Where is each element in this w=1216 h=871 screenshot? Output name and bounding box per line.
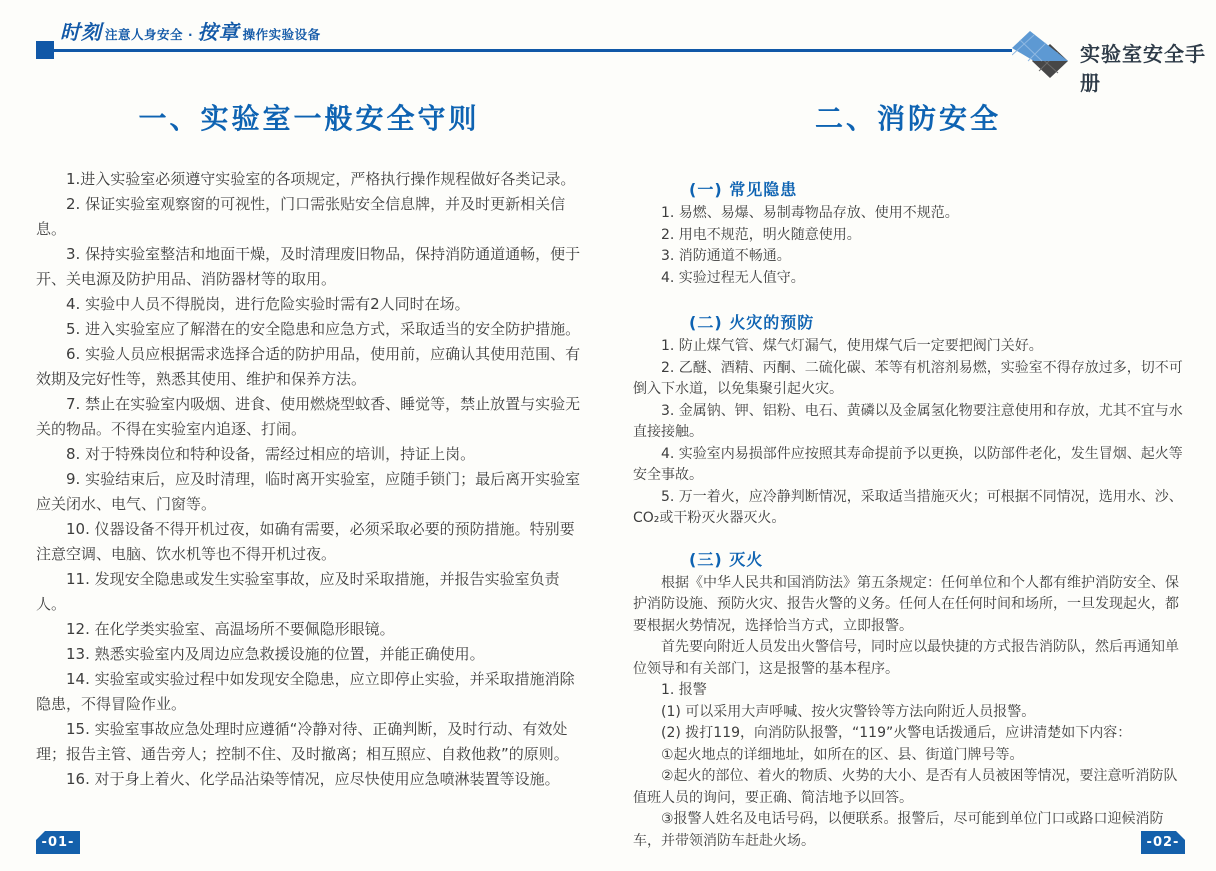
slogan-emphasis-2: 按章 bbox=[198, 16, 240, 45]
rule-item: 5. 进入实验室应了解潜在的安全隐患和应急方式，采取适当的安全防护措施。 bbox=[36, 317, 582, 342]
right-page: 二、消防安全 (一) 常见隐患 1. 易燃、易爆、易制毒物品存放、使用不规范。 … bbox=[633, 88, 1183, 852]
extinguishing-paragraph: (1) 可以采用大声呼喊、按火灾警铃等方法向附近人员报警。 bbox=[633, 702, 1183, 724]
rule-item: 8. 对于特殊岗位和特种设备，需经过相应的培训，持证上岗。 bbox=[36, 442, 582, 467]
rule-item: 10. 仪器设备不得开机过夜，如确有需要，必须采取必要的预防措施。特别要注意空调… bbox=[36, 517, 582, 567]
hazard-item: 3. 消防通道不畅通。 bbox=[633, 246, 1183, 268]
hazard-item: 1. 易燃、易爆、易制毒物品存放、使用不规范。 bbox=[633, 203, 1183, 225]
page-number-right: -02- bbox=[1141, 831, 1185, 854]
rule-item: 3. 保持实验室整洁和地面干燥，及时清理废旧物品，保持消防通道通畅，便于开、关电… bbox=[36, 242, 582, 292]
rule-item: 16. 对于身上着火、化学品沾染等情况，应尽快使用应急喷淋装置等设施。 bbox=[36, 767, 582, 792]
left-page-title: 一、实验室一般安全守则 bbox=[36, 97, 582, 137]
extinguishing-paragraph: (2) 拨打119，向消防队报警，“119”火警电话拨通后，应讲清楚如下内容： bbox=[633, 723, 1183, 745]
header-accent-square bbox=[36, 41, 54, 59]
diamond-ribbon-icon bbox=[1012, 28, 1080, 82]
slogan-text-1: 注意人身安全 bbox=[105, 25, 183, 43]
manual-spread: 时刻 注意人身安全 · 按章 操作实验设备 实验室安全手册 一、实验室一般安全守… bbox=[0, 0, 1216, 871]
prevention-item: 2. 乙醚、酒精、丙酮、二硫化碳、苯等有机溶剂易燃，实验室不得存放过多，切不可倒… bbox=[633, 358, 1183, 401]
prevention-item: 5. 万一着火，应冷静判断情况，采取适当措施灭火；可根据不同情况，选用水、沙、C… bbox=[633, 487, 1183, 530]
rule-item: 13. 熟悉实验室内及周边应急救援设施的位置，并能正确使用。 bbox=[36, 642, 582, 667]
rule-item: 9. 实验结束后，应及时清理，临时离开实验室，应随手锁门；最后离开实验室应关闭水… bbox=[36, 467, 582, 517]
rule-item: 12. 在化学类实验室、高温场所不要佩隐形眼镜。 bbox=[36, 617, 582, 642]
rule-item: 7. 禁止在实验室内吸烟、进食、使用燃烧型蚊香、睡觉等，禁止放置与实验无关的物品… bbox=[36, 392, 582, 442]
rule-item: 6. 实验人员应根据需求选择合适的防护用品，使用前，应确认其使用范围、有效期及完… bbox=[36, 342, 582, 392]
prevention-item: 4. 实验室内易损部件应按照其寿命提前予以更换，以防部件老化，发生冒烟、起火等安… bbox=[633, 444, 1183, 487]
slogan-emphasis-1: 时刻 bbox=[60, 16, 102, 45]
extinguishing-paragraph: 首先要向附近人员发出火警信号，同时应以最快捷的方式报告消防队，然后再通知单位领导… bbox=[633, 637, 1183, 680]
hazard-item: 4. 实验过程无人值守。 bbox=[633, 268, 1183, 290]
header-slogan: 时刻 注意人身安全 · 按章 操作实验设备 bbox=[60, 16, 321, 45]
extinguishing-paragraph: 1. 报警 bbox=[633, 680, 1183, 702]
slogan-separator-dot: · bbox=[188, 28, 193, 42]
right-page-title: 二、消防安全 bbox=[633, 97, 1183, 137]
extinguishing-paragraph: ①起火地点的详细地址，如所在的区、县、街道门牌号等。 bbox=[633, 745, 1183, 767]
slogan-text-2: 操作实验设备 bbox=[243, 25, 321, 43]
rule-item: 14. 实验室或实验过程中如发现安全隐患，应立即停止实验，并采取措施消除隐患，不… bbox=[36, 667, 582, 717]
rule-item: 2. 保证实验室观察窗的可视性，门口需张贴安全信息牌，并及时更新相关信息。 bbox=[36, 192, 582, 242]
prevention-item: 1. 防止煤气管、煤气灯漏气，使用煤气后一定要把阀门关好。 bbox=[633, 336, 1183, 358]
rule-item: 4. 实验中人员不得脱岗，进行危险实验时需有2人同时在场。 bbox=[36, 292, 582, 317]
left-page-body: 1.进入实验室必须遵守实验室的各项规定，严格执行操作规程做好各类记录。 2. 保… bbox=[36, 167, 582, 792]
rule-item: 1.进入实验室必须遵守实验室的各项规定，严格执行操作规程做好各类记录。 bbox=[36, 167, 582, 192]
left-page: 一、实验室一般安全守则 1.进入实验室必须遵守实验室的各项规定，严格执行操作规程… bbox=[36, 88, 582, 792]
section-heading-common-hazards: (一) 常见隐患 bbox=[689, 177, 1183, 200]
section-heading-fire-prevention: (二) 火灾的预防 bbox=[689, 310, 1183, 333]
rule-item: 11. 发现安全隐患或发生实验室事故，应及时采取措施，并报告实验室负责人。 bbox=[36, 567, 582, 617]
rule-item: 15. 实验室事故应急处理时应遵循“冷静对待、正确判断，及时行动、有效处理；报告… bbox=[36, 717, 582, 767]
extinguishing-paragraph: 根据《中华人民共和国消防法》第五条规定：任何单位和个人都有维护消防安全、保护消防… bbox=[633, 573, 1183, 638]
header-rule-line bbox=[54, 49, 1012, 52]
page-number-left: -01- bbox=[36, 831, 80, 854]
extinguishing-paragraph: ②起火的部位、着火的物质、火势的大小、是否有人员被困等情况，要注意听消防队值班人… bbox=[633, 766, 1183, 809]
section-heading-extinguishing: (三) 灭火 bbox=[689, 547, 1183, 570]
prevention-item: 3. 金属钠、钾、铝粉、电石、黄磷以及金属氢化物要注意使用和存放，尤其不宜与水直… bbox=[633, 401, 1183, 444]
extinguishing-paragraph: ③报警人姓名及电话号码，以便联系。报警后，尽可能到单位门口或路口迎候消防车，并带… bbox=[633, 809, 1183, 852]
hazard-item: 2. 用电不规范，明火随意使用。 bbox=[633, 225, 1183, 247]
